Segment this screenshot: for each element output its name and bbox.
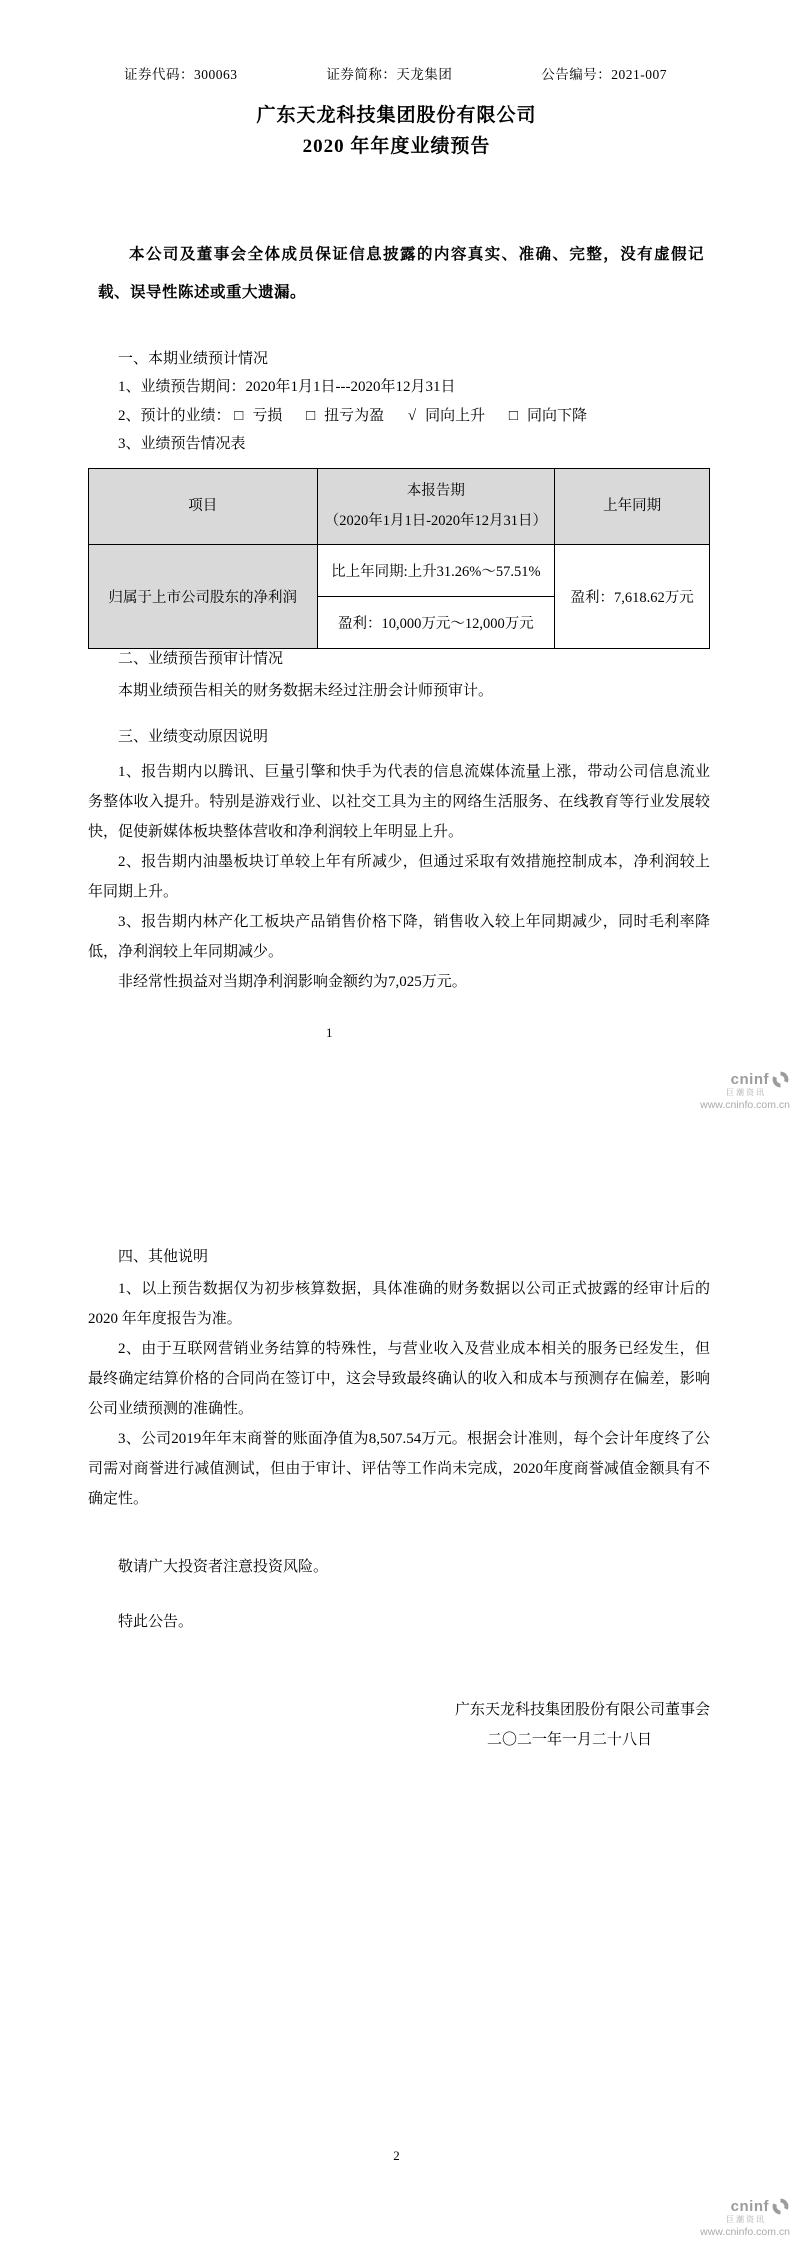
forecast-type-label: 2、预计的业绩： (118, 408, 231, 424)
signature-block: 广东天龙科技集团股份有限公司董事会 二〇二一年一月二十八日 (88, 1695, 710, 1755)
closing-block: 敬请广大投资者注意投资风险。 特此公告。 广东天龙科技集团股份有限公司董事会 二… (88, 1552, 710, 1755)
section1-heading: 一、本期业绩预计情况 (118, 345, 710, 373)
document-title: 广东天龙科技集团股份有限公司 2020 年年度业绩预告 (0, 100, 793, 162)
report-title: 2020 年年度业绩预告 (0, 131, 793, 162)
option-loss-label: 亏损 (252, 408, 282, 424)
section2-body: 本期业绩预告相关的财务数据未经过注册会计师预审计。 (88, 675, 710, 707)
option-same-direction-up: √同向上升 (408, 408, 489, 424)
forecast-table-caption: 3、业绩预告情况表 (118, 430, 710, 459)
option-turnaround-label: 扭亏为盈 (324, 408, 384, 424)
signature-date: 二〇二一年一月二十八日 (88, 1725, 710, 1755)
section3-heading: 三、业绩变动原因说明 (118, 720, 710, 754)
announcement-document: 证券代码：300063 证券简称：天龙集团 公告编号：2021-007 广东天龙… (0, 0, 793, 2244)
net-profit-row-label: 归属于上市公司股东的净利润 (89, 544, 318, 648)
board-signature: 广东天龙科技集团股份有限公司董事会 (88, 1695, 710, 1725)
option-loss: □亏损 (234, 408, 286, 424)
cninfo-url: www.cninfo.com.cn (660, 1099, 790, 1111)
cninfo-swirl-icon (771, 1070, 790, 1089)
header-current-line2: （2020年1月1日-2020年12月31日） (324, 506, 549, 536)
forecast-type-line: 2、预计的业绩： □亏损 □扭亏为盈 √同向上升 □同向下降 (118, 402, 710, 431)
hereby-announced: 特此公告。 (118, 1607, 710, 1637)
cninfo-watermark: cninf 巨潮资讯 www.cninfo.com.cn (660, 2197, 790, 2238)
section-change-reasons: 三、业绩变动原因说明 1、报告期内以腾讯、巨量引擎和快手为代表的信息流媒体流量上… (88, 720, 710, 997)
document-meta-row: 证券代码：300063 证券简称：天龙集团 公告编号：2021-007 (0, 63, 793, 83)
announcement-number: 公告编号：2021-007 (541, 63, 667, 83)
page-number-2: 2 (0, 2148, 793, 2164)
current-change-cell: 比上年同期:上升31.26%～57.51% (317, 544, 555, 596)
section-pre-audit: 二、业绩预告预审计情况 本期业绩预告相关的财务数据未经过注册会计师预审计。 (88, 643, 710, 707)
table-header-row: 项目 本报告期 （2020年1月1日-2020年12月31日） 上年同期 (89, 468, 710, 544)
option-turnaround: □扭亏为盈 (306, 408, 388, 424)
cninfo-url: www.cninfo.com.cn (660, 2226, 790, 2238)
other-note-2: 2、由于互联网营销业务结算的特殊性，与营业收入及营业成本相关的服务已经发生，但最… (88, 1334, 710, 1424)
section-other-notes: 四、其他说明 1、以上预告数据仅为初步核算数据，具体准确的财务数据以公司正式披露… (88, 1241, 710, 1514)
risk-warning: 敬请广大投资者注意投资风险。 (118, 1552, 710, 1582)
reason-paragraph-1: 1、报告期内以腾讯、巨量引擎和快手为代表的信息流媒体流量上涨，带动公司信息流业务… (88, 757, 710, 847)
checkbox-unchecked-icon: □ (234, 408, 243, 424)
prior-profit-cell: 盈利：7,618.62万元 (555, 544, 710, 648)
reason-paragraph-2: 2、报告期内油墨板块订单较上年有所减少，但通过采取有效措施控制成本，净利润较上年… (88, 847, 710, 907)
checkbox-unchecked-icon: □ (509, 408, 518, 424)
section2-heading: 二、业绩预告预审计情况 (118, 643, 710, 675)
forecast-period-line: 1、业绩预告期间：2020年1月1日---2020年12月31日 (118, 373, 710, 402)
option-same-direction-down: □同向下降 (509, 408, 587, 424)
option-up-label: 同向上升 (425, 408, 485, 424)
company-name-title: 广东天龙科技集团股份有限公司 (0, 100, 793, 131)
stock-name: 证券简称：天龙集团 (326, 63, 452, 83)
checkmark-icon: √ (408, 408, 416, 424)
forecast-table: 项目 本报告期 （2020年1月1日-2020年12月31日） 上年同期 归属于… (88, 468, 710, 649)
table-row: 归属于上市公司股东的净利润 比上年同期:上升31.26%～57.51% 盈利：7… (89, 544, 710, 596)
reason-paragraph-3: 3、报告期内林产化工板块产品销售价格下降，销售收入较上年同期减少，同时毛利率降低… (88, 907, 710, 967)
cninfo-logo-text: cninf (731, 1071, 769, 1088)
section4-heading: 四、其他说明 (118, 1241, 710, 1274)
other-note-1: 1、以上预告数据仅为初步核算数据，具体准确的财务数据以公司正式披露的经审计后的 … (88, 1274, 710, 1334)
stock-code: 证券代码：300063 (124, 63, 238, 83)
cninfo-chinese-label: 巨潮资讯 (660, 1087, 766, 1098)
board-disclaimer: 本公司及董事会全体成员保证信息披露的内容真实、准确、完整，没有虚假记载、误导性陈… (98, 236, 704, 312)
checkbox-unchecked-icon: □ (306, 408, 315, 424)
cninfo-logo-text: cninf (731, 2198, 769, 2215)
non-recurring-note: 非经常性损益对当期净利润影响金额约为7,025万元。 (88, 967, 710, 997)
cninfo-chinese-label: 巨潮资讯 (660, 2214, 766, 2225)
option-down-label: 同向下降 (527, 408, 587, 424)
current-profit-cell: 盈利：10,000万元～12,000万元 (317, 596, 555, 648)
header-current-period: 本报告期 （2020年1月1日-2020年12月31日） (317, 468, 555, 544)
other-note-3: 3、公司2019年年末商誉的账面净值为8,507.54万元。根据会计准则，每个会… (88, 1424, 710, 1514)
cninfo-swirl-icon (771, 2197, 790, 2216)
page-number-1: 1 (326, 1025, 333, 1041)
section-performance-forecast: 一、本期业绩预计情况 1、业绩预告期间：2020年1月1日---2020年12月… (88, 345, 710, 649)
header-current-line1: 本报告期 (324, 476, 549, 506)
cninfo-watermark: cninf 巨潮资讯 www.cninfo.com.cn (660, 1070, 790, 1111)
header-prior-period: 上年同期 (555, 468, 710, 544)
header-item: 项目 (89, 468, 318, 544)
